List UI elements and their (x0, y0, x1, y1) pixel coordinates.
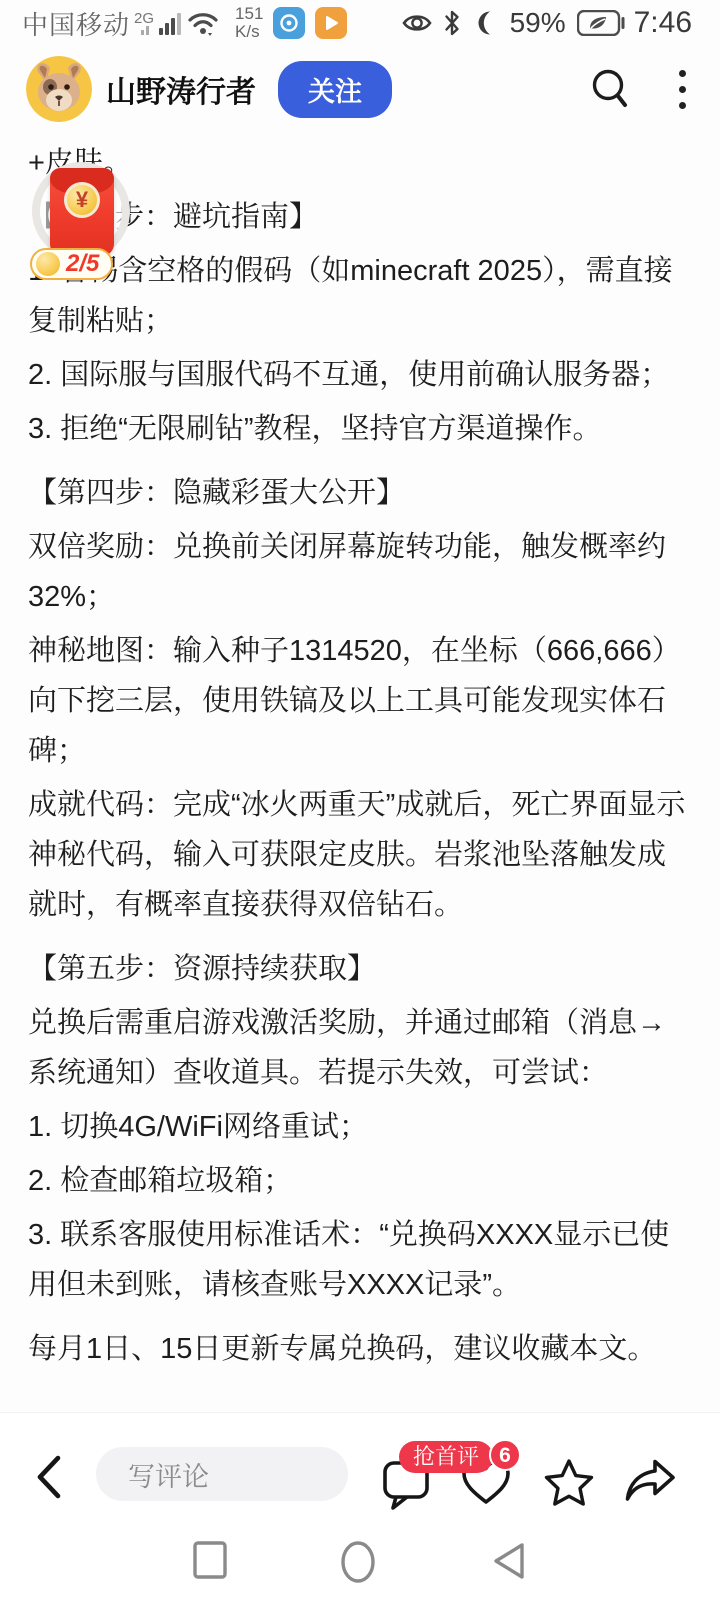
eye-comfort-icon (401, 11, 433, 35)
article-heading-step4: 【第四步：隐藏彩蛋大公开】 (28, 468, 692, 518)
red-envelope-icon: ¥ (50, 168, 114, 256)
share-button[interactable] (622, 1457, 678, 1510)
speed-unit: K/s (235, 23, 260, 41)
android-navigation-bar (0, 1510, 720, 1600)
article-paragraph: 成就代码：完成“冰火两重天”成就后，死亡界面显示神秘代码，输入可获限定皮肤。岩浆… (28, 780, 692, 930)
speed-value: 151 (235, 5, 263, 23)
red-envelope-reward-widget[interactable]: ¥ 2/5 (30, 160, 142, 280)
avatar[interactable] (26, 56, 92, 122)
home-circle-icon[interactable] (338, 1540, 378, 1587)
status-bar: 中国移动 2G 151 K/s (0, 0, 720, 46)
article-paragraph: 每月1日、15日更新专属兑换码，建议收藏本文。 (28, 1324, 692, 1374)
article-paragraph: 3. 拒绝“无限刷钻”教程，坚持官方渠道操作。 (28, 404, 692, 454)
reward-progress-count: 2/5 (66, 250, 99, 278)
author-username[interactable]: 山野涛行者 (106, 67, 256, 111)
battery-percent-label: 59% (510, 7, 566, 39)
reward-progress-badge: 2/5 (30, 248, 113, 280)
article-paragraph: 双倍奖励：兑换前关闭屏幕旋转功能，触发概率约32%； (28, 522, 692, 622)
coin-icon: ¥ (64, 182, 100, 218)
clock-label: 7:46 (634, 6, 692, 40)
screen: 中国移动 2G 151 K/s (0, 0, 720, 1600)
bluetooth-icon (443, 9, 461, 37)
notification-app-icon-chat (273, 7, 305, 39)
notification-app-icon-video (315, 7, 347, 39)
first-comment-badge: 抢首评 (399, 1441, 493, 1473)
article-paragraph: 神秘地图：输入种子1314520，在坐标（666,666）向下挖三层，使用铁镐及… (28, 626, 692, 776)
signal-strength-icon: 2G (134, 12, 181, 35)
network-speed: 151 K/s (235, 5, 263, 41)
article-body: +皮肤。 【第三步：避坑指南】 1. 警惕含空格的假码（如minecraft 2… (0, 132, 720, 1378)
recents-square-icon[interactable] (192, 1540, 228, 1583)
bottom-action-bar: 写评论 抢首评 6 (0, 1412, 720, 1510)
coin-icon (36, 252, 60, 276)
favorite-star-button[interactable] (542, 1457, 596, 1512)
like-count-badge: 6 (489, 1439, 521, 1471)
follow-button[interactable]: 关注 (278, 61, 392, 118)
wifi-icon (186, 9, 220, 37)
comment-input[interactable]: 写评论 (96, 1447, 348, 1501)
article-paragraph: 2. 国际服与国服代码不互通，使用前确认服务器； (28, 350, 692, 400)
article-paragraph: 兑换后需重启游戏激活奖励，并通过邮箱（消息→系统通知）查收道具。若提示失效，可尝… (28, 998, 692, 1098)
search-icon[interactable] (583, 60, 637, 119)
back-triangle-icon[interactable] (490, 1540, 528, 1585)
back-chevron-icon[interactable] (34, 1453, 64, 1504)
more-menu-icon[interactable] (671, 62, 694, 117)
status-right: 59% 7:46 (396, 6, 698, 40)
network-type-label: 2G (134, 12, 154, 26)
article-paragraph: 2. 检查邮箱垃圾箱； (28, 1156, 692, 1206)
battery-saver-icon (577, 10, 625, 36)
status-left: 中国移动 2G 151 K/s (22, 5, 347, 42)
article-header: 山野涛行者 关注 (0, 46, 720, 132)
do-not-disturb-moon-icon (471, 9, 499, 37)
article-paragraph: 1. 切换4G/WiFi网络重试； (28, 1102, 692, 1152)
article-paragraph: 3. 联系客服使用标准话术：“兑换码XXXX显示已使用但未到账，请核查账号XXX… (28, 1210, 692, 1310)
carrier-label: 中国移动 (22, 5, 130, 42)
article-heading-step5: 【第五步：资源持续获取】 (28, 944, 692, 994)
